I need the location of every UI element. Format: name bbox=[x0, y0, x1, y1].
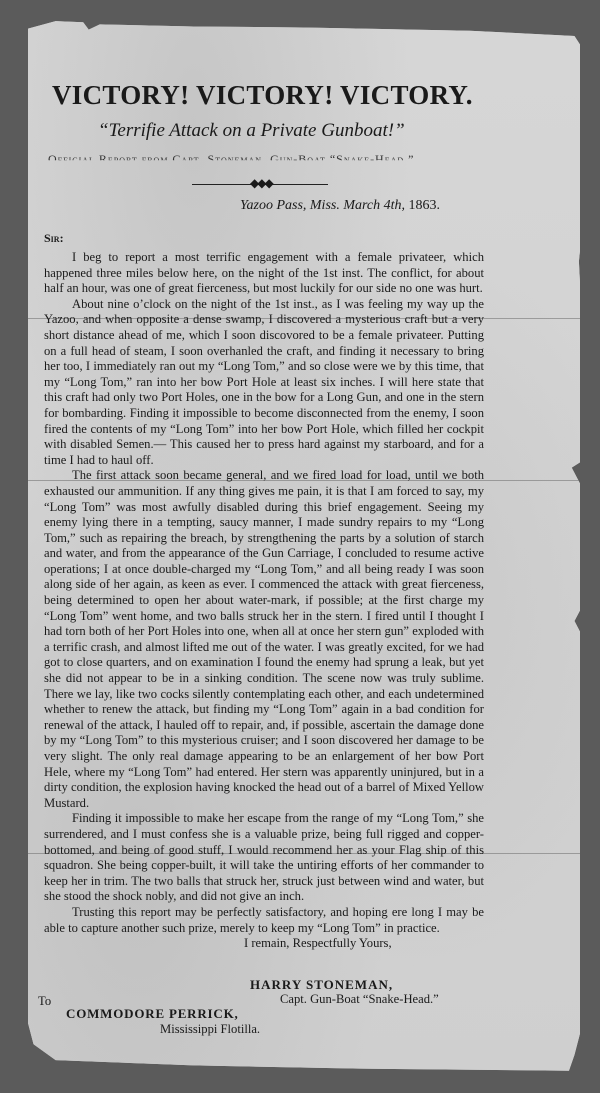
headline: VICTORY! VICTORY! VICTORY. bbox=[52, 80, 492, 111]
paragraph: Finding it impossible to make her escape… bbox=[44, 811, 484, 905]
paragraph: I beg to report a most terrific engageme… bbox=[44, 250, 484, 297]
to-label: To bbox=[38, 994, 51, 1009]
salutation: Sir: bbox=[44, 231, 64, 246]
paragraph: The first attack soon became general, an… bbox=[44, 468, 484, 811]
valediction: I remain, Respectfully Yours, bbox=[44, 936, 484, 952]
diamond-ornament-icon: ◆◆◆ bbox=[250, 176, 272, 191]
signature-title: Capt. Gun-Boat “Snake-Head.” bbox=[280, 992, 439, 1007]
signature-name: HARRY STONEMAN, bbox=[250, 977, 393, 993]
closing-paragraph: Trusting this report may be perfectly sa… bbox=[44, 905, 484, 936]
subtitle: “Terrifie Attack on a Private Gunboat!” bbox=[98, 120, 405, 142]
dateline-place: Yazoo Pass, Miss. March 4th, bbox=[240, 198, 405, 213]
report-body: I beg to report a most terrific engageme… bbox=[44, 250, 484, 952]
dateline: Yazoo Pass, Miss. March 4th, 1863. bbox=[240, 198, 440, 214]
recipient-name: COMMODORE PERRICK, bbox=[66, 1006, 239, 1022]
paragraph: About nine o’clock on the night of the 1… bbox=[44, 297, 484, 469]
recipient-org: Mississippi Flotilla. bbox=[160, 1022, 260, 1037]
dateline-year: 1863. bbox=[409, 198, 441, 213]
ornament-divider: ◆◆◆ bbox=[192, 180, 328, 188]
